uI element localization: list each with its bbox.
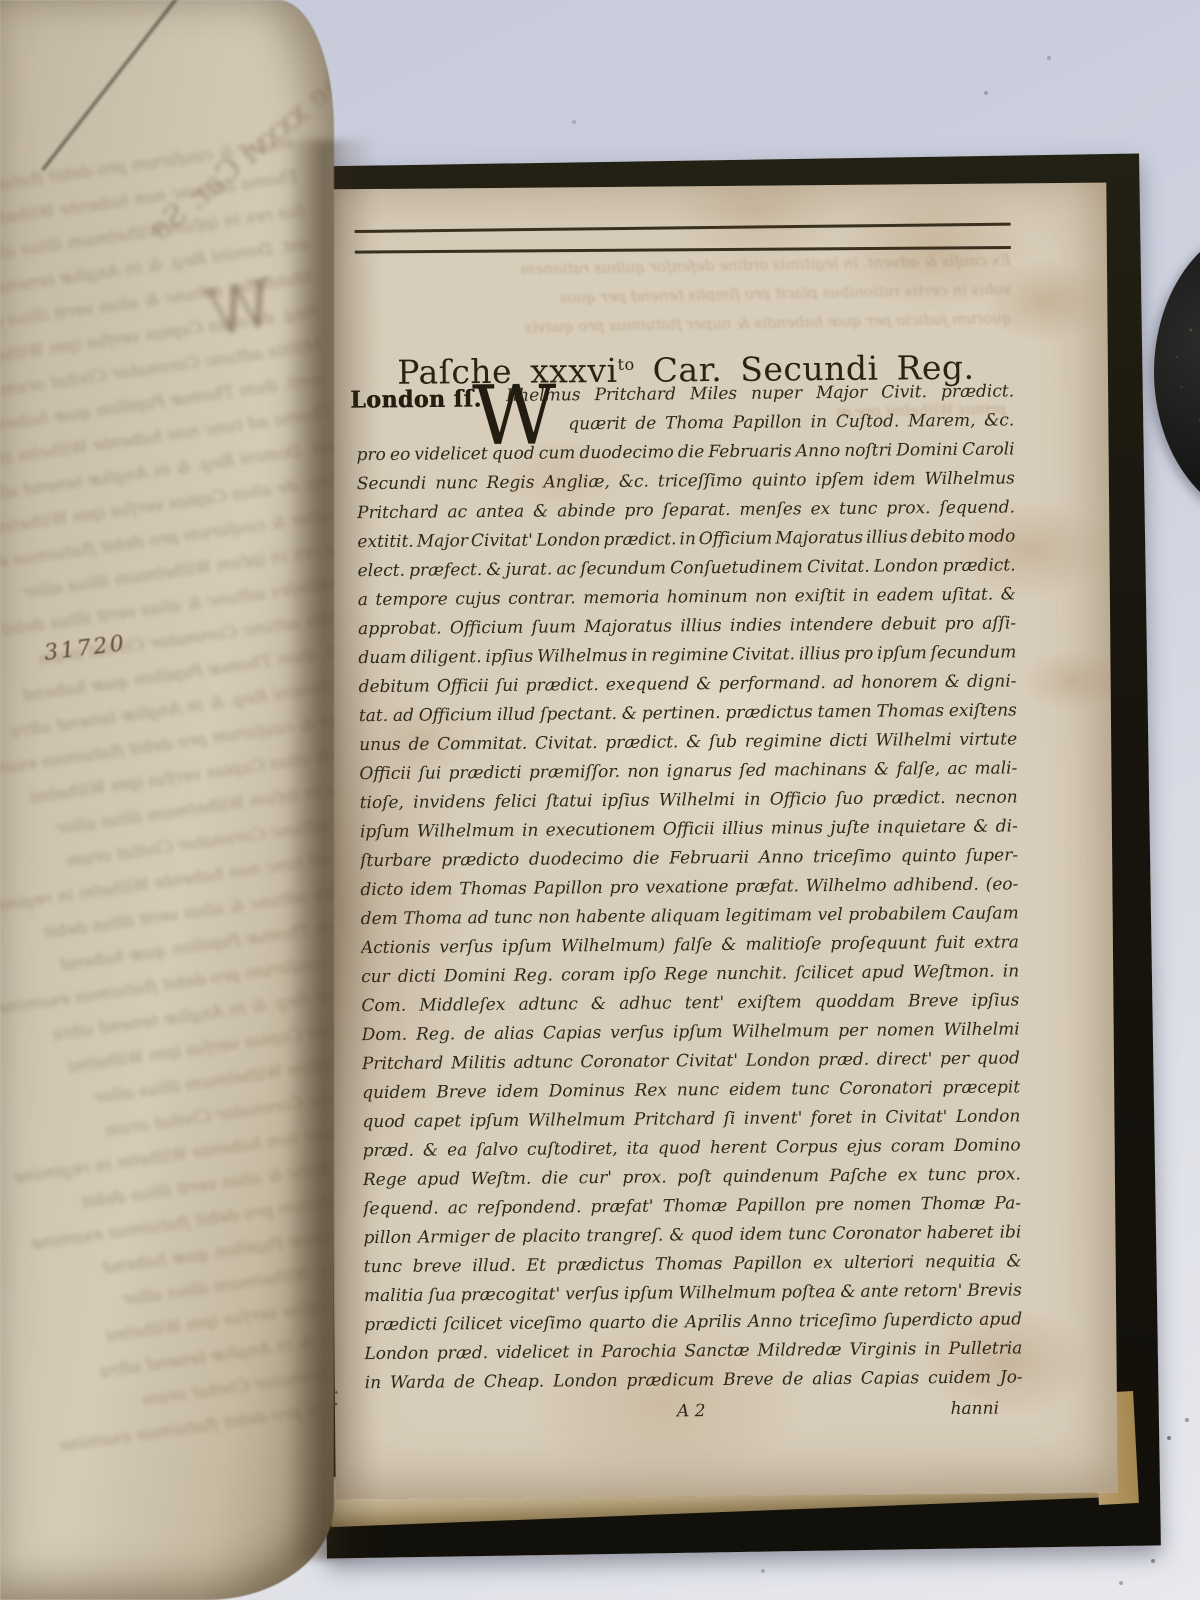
verso-showthrough-lines: mulier & cauſarum pro debit ſtatuimus ex… xyxy=(0,126,334,1465)
book-page-verso: Paſche xxxvi Car. Se W mulier & cauſarum… xyxy=(0,0,334,1600)
page-title-superscript: to xyxy=(618,355,635,374)
text-line: inWardadeCheap.LondonprædicumBrevedealia… xyxy=(365,1363,1023,1398)
text-line: ſequend.acreſpondend.præfat'ThomæPapillo… xyxy=(363,1189,1021,1224)
text-line: Londonpræd.videlicetinParochiaSanctæMild… xyxy=(364,1334,1022,1369)
gutter-shadow xyxy=(286,140,376,1560)
body-text: London ſſ. W IlhelmusPritchardMilesnuper… xyxy=(356,377,1023,1434)
photo-scene: Ex cauſis & advent. in legitimis ordine … xyxy=(0,0,1200,1600)
text-line: quæritdeThomaPapilloninCuſtod.Marem,&c. xyxy=(568,406,1014,439)
text-line: præd.&eaſalvocuſtodiret,itaquodherentCor… xyxy=(363,1131,1021,1166)
text-line: proeovidelicetquodcumduodecimodieFebruar… xyxy=(356,435,1014,470)
dark-round-object xyxy=(1154,222,1200,522)
book-page-recto: Ex cauſis & advent. in legitimis ordine … xyxy=(324,183,1117,1500)
text-line: IlhelmusPritchardMilesnuperMajorCivit.pr… xyxy=(506,377,1014,410)
signature-mark: A 2 xyxy=(677,1401,706,1421)
page-footer: A 2 hanni xyxy=(365,1398,1023,1434)
drop-cap: W xyxy=(472,385,557,448)
catchword: hanni xyxy=(950,1399,999,1419)
header-rule-top xyxy=(355,223,1011,233)
